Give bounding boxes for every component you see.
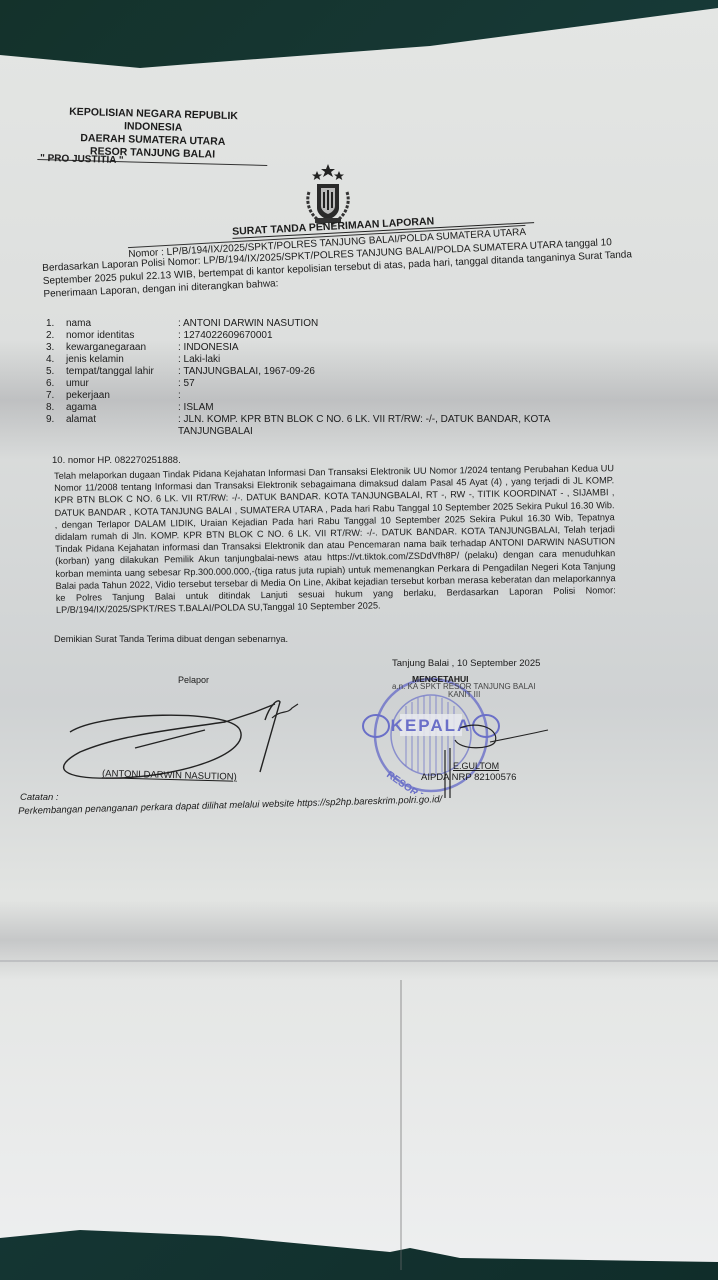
row-number: 1. bbox=[46, 318, 64, 329]
row-label: jenis kelamin bbox=[66, 354, 124, 365]
row-value: : 1274022609670001 bbox=[178, 330, 273, 341]
row-number: 4. bbox=[46, 354, 64, 365]
notes-text: Perkembangan penanganan perkara dapat di… bbox=[18, 794, 442, 817]
row-label: nomor identitas bbox=[66, 330, 134, 341]
officer-unit: KANIT III bbox=[448, 690, 480, 699]
row-label: pekerjaan bbox=[66, 390, 110, 401]
row-value: : ISLAM bbox=[178, 402, 214, 413]
row-number: 2. bbox=[46, 330, 64, 341]
row-label: umur bbox=[66, 378, 89, 389]
row-number: 8. bbox=[46, 402, 64, 413]
row-value: : ANTONI DARWIN NASUTION bbox=[178, 318, 318, 329]
row-value: : bbox=[178, 390, 181, 401]
reporter-label: Pelapor bbox=[178, 675, 209, 685]
row-label: tempat/tanggal lahir bbox=[66, 366, 154, 377]
police-report-receipt: KEPOLISIAN NEGARA REPUBLIK INDONESIA DAE… bbox=[0, 0, 718, 1280]
closing-statement: Demikian Surat Tanda Terima dibuat denga… bbox=[54, 634, 288, 644]
phone-number: 10. nomor HP. 082270251888. bbox=[52, 455, 181, 466]
row-value: : Laki-laki bbox=[178, 354, 220, 365]
row-number: 5. bbox=[46, 366, 64, 377]
officer-signature-icon bbox=[440, 720, 550, 800]
row-label: kewarganegaraan bbox=[66, 342, 146, 353]
row-value: : 57 bbox=[178, 378, 195, 389]
row-label: nama bbox=[66, 318, 91, 329]
row-value: : JLN. KOMP. KPR BTN BLOK C NO. 6 LK. VI… bbox=[178, 414, 568, 438]
row-number: 6. bbox=[46, 378, 64, 389]
row-number: 9. bbox=[46, 414, 64, 425]
report-narrative: Telah melaporkan dugaan Tindak Pidana Ke… bbox=[54, 462, 616, 616]
notes-heading: Catatan : bbox=[20, 792, 59, 803]
row-number: 3. bbox=[46, 342, 64, 353]
row-number: 7. bbox=[46, 390, 64, 401]
row-label: agama bbox=[66, 402, 97, 413]
pro-justitia: " PRO JUSTITIA " bbox=[40, 153, 124, 166]
row-label: alamat bbox=[66, 414, 96, 425]
row-value: : TANJUNGBALAI, 1967-09-26 bbox=[178, 366, 315, 377]
place-date: Tanjung Balai , 10 September 2025 bbox=[392, 658, 540, 669]
officer-rank-nrp: AIPDA NRP 82100576 bbox=[421, 772, 516, 783]
row-value: : INDONESIA bbox=[178, 342, 239, 353]
officer-name: E.GULTOM bbox=[453, 761, 499, 771]
